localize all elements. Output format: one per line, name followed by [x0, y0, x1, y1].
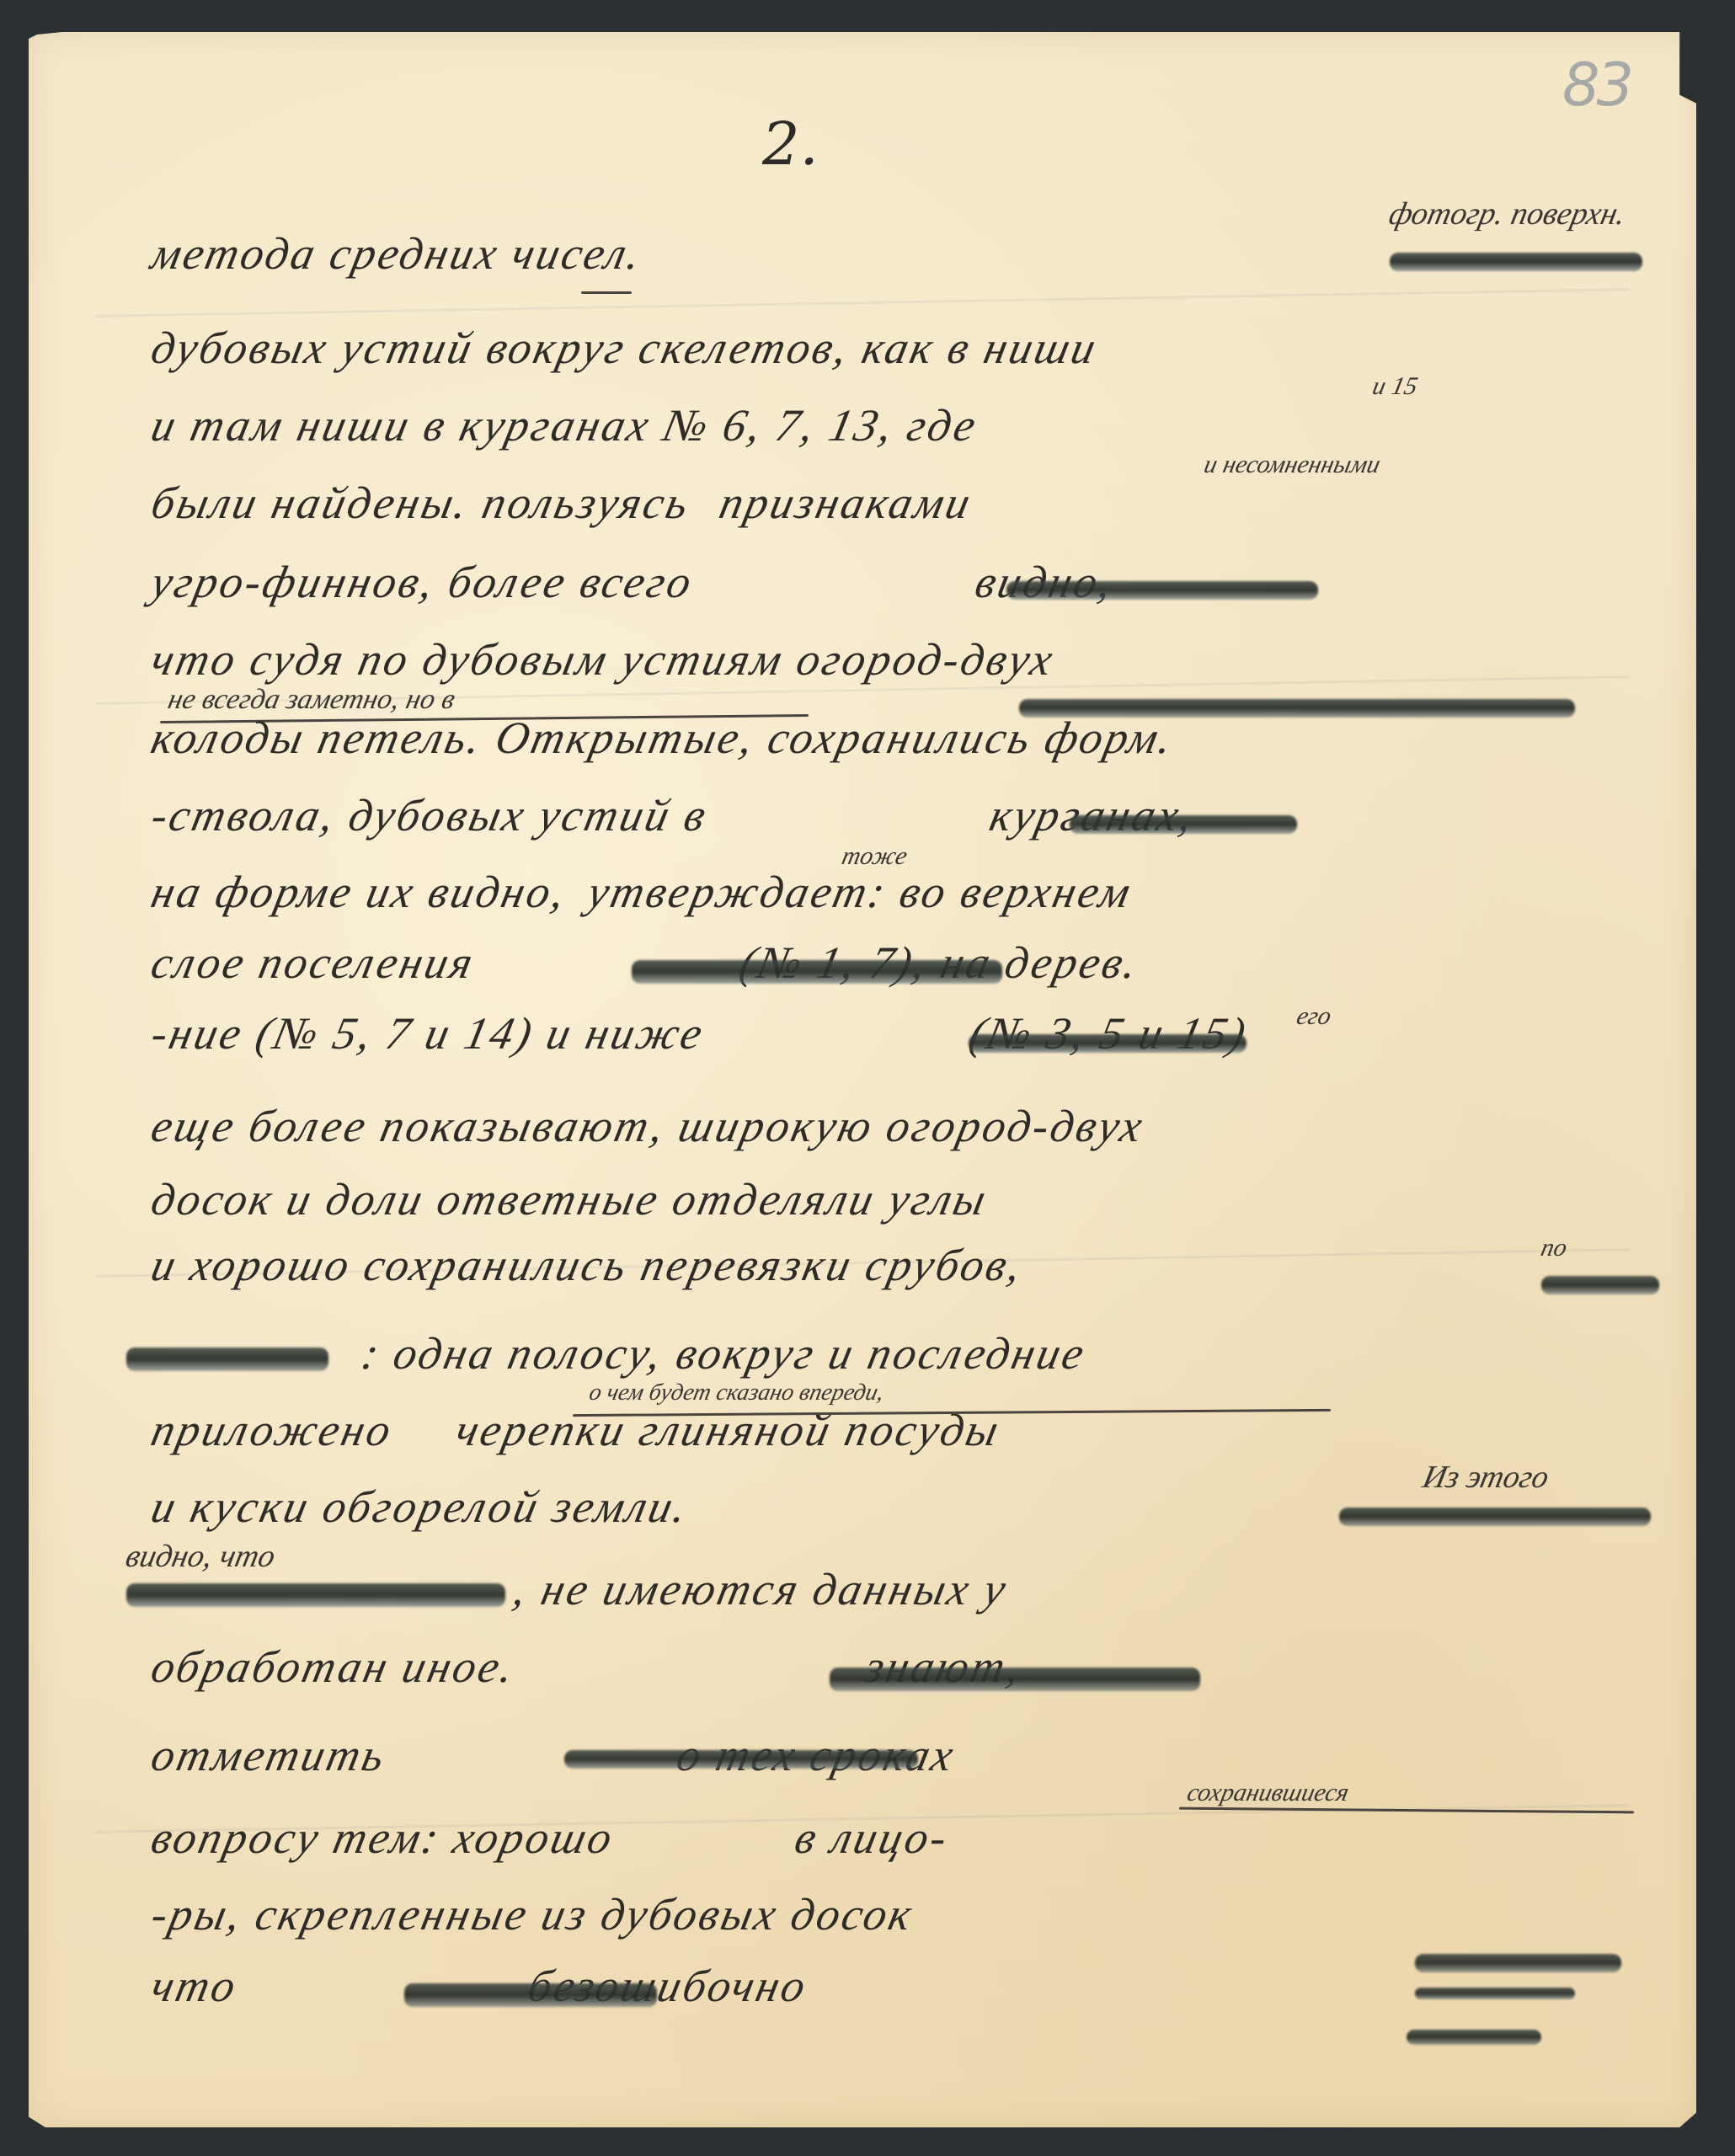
manuscript-line: , не имеются данных у — [146, 1563, 1674, 1622]
line-text: -ры, скрепленные из дубовых досок — [147, 1889, 918, 1940]
line-text: вопросу тем: хорошо — [147, 1812, 619, 1863]
line-text: и куски обгорелой земли. — [147, 1481, 693, 1532]
line-text: что судя по дубовым устиям огород-двух — [147, 634, 1059, 685]
strikeout-mark — [1407, 2030, 1541, 2045]
line-text: обработан иное. — [147, 1641, 520, 1692]
manuscript-line: дубовых устий вокруг скелетов, как в ниш… — [146, 322, 1674, 381]
line-text: что — [147, 1961, 243, 2011]
manuscript-line: колоды петель. Открытые, сохранились фор… — [146, 712, 1674, 771]
line-text: и там ниши в курганах № 6, 7, 13 — [147, 400, 885, 451]
manuscript-line: еще более показывают, широкую огород-дву… — [146, 1100, 1674, 1159]
strikeout-mark — [1339, 1508, 1651, 1526]
line-text: метода средних чисел. — [147, 228, 647, 279]
manuscript-line: и там ниши в курганах № 6, 7, 13, где — [146, 399, 1674, 458]
manuscript-line: -ры, скрепленные из дубовых досок — [146, 1888, 1674, 1947]
strikeout-mark — [1390, 253, 1642, 271]
manuscript-line: : одна полосу, вокруг и последние — [146, 1327, 1674, 1386]
interlinear-insertion: фотогр. поверхн. — [1385, 195, 1629, 232]
line-text: и хорошо сохранились перевязки срубов, — [147, 1240, 1028, 1290]
line-text: отметить — [147, 1730, 391, 1780]
line-text-tail: , где — [875, 400, 983, 451]
strikeout-mark — [1541, 1276, 1659, 1294]
manuscript-line: вопросу тем: хорошо в лицо- — [146, 1812, 1674, 1870]
strikeout-mark — [1070, 815, 1297, 834]
line-text: слое поселения — [147, 937, 479, 988]
manuscript-line: угро-финнов, более всего видно, — [146, 556, 1674, 615]
strikeout-mark — [969, 1034, 1247, 1053]
line-text-tail: , не имеются данных у — [509, 1564, 1012, 1614]
interlinear-insertion: Из этого — [1419, 1459, 1552, 1496]
line-text-tail: в лицо- — [791, 1812, 954, 1863]
line-text-tail: : одна полосу, вокруг и последние — [357, 1328, 1091, 1379]
line-text-tail: признаками — [715, 478, 977, 528]
line-text: -ствола, дубовых устий в — [147, 790, 713, 841]
manuscript-line: и хорошо сохранились перевязки срубов, — [146, 1239, 1674, 1298]
line-text: дубовых устий вокруг скелетов, как в ниш… — [147, 323, 1102, 373]
line-text: еще более показывают, широкую огород-дву… — [147, 1101, 1149, 1151]
line-text-tail: утверждает: во верхнем — [584, 867, 1137, 917]
line-text: на форме их видно, — [147, 867, 571, 917]
line-text: колоды петель. Открытые, сохранились фор… — [147, 712, 1179, 763]
interlinear-insertion: о чем будет сказано впереди, — [587, 1380, 887, 1406]
strikeout-mark — [404, 1983, 657, 2007]
underline-mark — [581, 291, 632, 294]
interlinear-insertion: и 15 — [1369, 372, 1420, 401]
line-text: приложено — [147, 1405, 398, 1455]
line-text: -ние (№ 5, 7 и 14) и ниже — [147, 1008, 709, 1059]
manuscript-line: были найдены. пользуясь признаками — [146, 477, 1674, 536]
strikeout-mark — [830, 1668, 1200, 1691]
page-number: 2. — [762, 109, 819, 179]
interlinear-insertion: сохранившиеся — [1184, 1779, 1351, 1807]
manuscript-line: досок и доли ответные отделяли углы — [146, 1173, 1674, 1232]
line-text: досок и доли ответные отделяли углы — [147, 1174, 992, 1225]
manuscript-line: на форме их видно, утверждает: во верхне… — [146, 866, 1674, 925]
interlinear-insertion: его — [1294, 1002, 1333, 1031]
strikeout-mark — [1006, 581, 1318, 600]
strikeout-mark — [1415, 1988, 1575, 1999]
folio-number: 83 — [1562, 51, 1631, 120]
strikeout-mark — [1415, 1954, 1621, 1972]
bleed-through-line — [96, 288, 1629, 318]
strikeout-mark — [564, 1750, 918, 1769]
manuscript-line: -ние (№ 5, 7 и 14) и ниже (№ 3, 5 и 15) — [146, 1007, 1674, 1066]
interlinear-insertion: и несомненными — [1201, 451, 1383, 479]
interlinear-insertion: тоже — [839, 842, 910, 871]
line-text: были найдены. пользуясь — [147, 478, 695, 528]
line-text: угро-финнов, более всего — [147, 557, 698, 607]
strikeout-mark — [632, 960, 1002, 984]
strikeout-mark — [126, 1347, 328, 1371]
manuscript-line: -ствола, дубовых устий в курганах, — [146, 789, 1674, 848]
